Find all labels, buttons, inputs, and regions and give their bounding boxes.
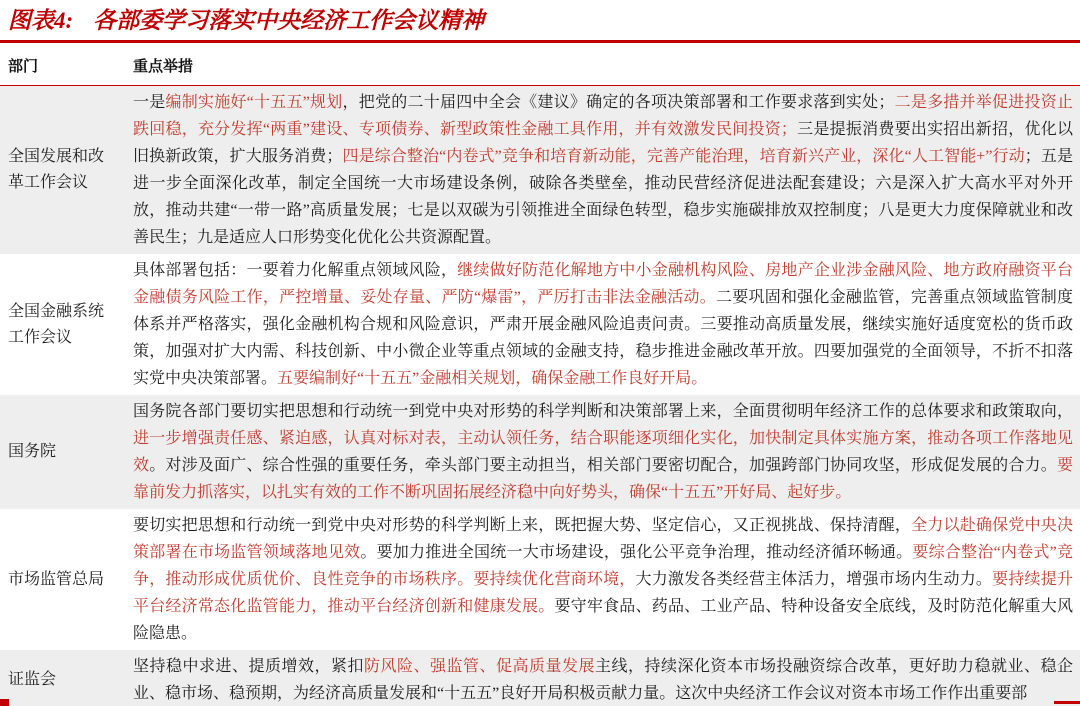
- text-segment: 一是: [133, 94, 165, 111]
- text-segment: 编制实施好“十五五”规划: [165, 94, 342, 111]
- table-row: 市场监管总局 要切实把思想和行动统一到党中央对形势的科学判断上来，既把握大势、坚…: [0, 509, 1080, 650]
- text-segment: 坚持稳中求进、提质增效，紧扣: [133, 658, 364, 675]
- department-label: 全国发展和改革工作会议: [8, 144, 106, 196]
- department-cell: 市场监管总局: [0, 509, 133, 650]
- table-row: 国务院 国务院各部门要切实把思想和行动统一到党中央对形势的科学判断和决策部署上来…: [0, 395, 1080, 509]
- column-header-department: 部门: [0, 55, 133, 76]
- bottom-right-crop-mark: [1054, 701, 1080, 704]
- text-segment: 大力激发各类经营主体活力，增强市场内生动力。: [636, 571, 993, 588]
- department-cell: 全国金融系统工作会议: [0, 254, 133, 395]
- department-cell: 国务院: [0, 395, 133, 509]
- department-label: 证监会: [8, 667, 56, 693]
- measures-cell: 一是编制实施好“十五五”规划，把党的二十届四中全会《建议》确定的各项决策部署和工…: [133, 86, 1080, 254]
- department-cell: 全国发展和改革工作会议: [0, 86, 133, 254]
- department-cell: 证监会: [0, 650, 133, 706]
- table-header-row: 部门 重点举措: [0, 43, 1080, 85]
- table-row: 全国金融系统工作会议 具体部署包括：一要着力化解重点领域风险，继续做好防范化解地…: [0, 254, 1080, 395]
- column-header-measures: 重点举措: [133, 55, 1080, 76]
- measures-cell: 国务院各部门要切实把思想和行动统一到党中央对形势的科学判断和决策部署上来，全面贯…: [133, 395, 1080, 509]
- bottom-left-crop-mark: [0, 699, 9, 706]
- text-segment: ，把党的二十届四中全会《建议》确定的各项决策部署和工作要求落到实处；: [343, 94, 895, 111]
- figure-title-text: 各部委学习落实中央经济工作会议精神: [93, 8, 484, 33]
- table-row: 全国发展和改革工作会议 一是编制实施好“十五五”规划，把党的二十届四中全会《建议…: [0, 86, 1080, 254]
- table-row: 证监会 坚持稳中求进、提质增效，紧扣防风险、强监管、促高质量发展主线，持续深化资…: [0, 650, 1080, 706]
- department-label: 市场监管总局: [8, 567, 104, 593]
- text-segment: 。对涉及面广、综合性强的重要任务，牵头部门要主动担当，相关部门要密切配合，加强跨…: [149, 457, 1057, 474]
- text-segment: 防风险、强监管、促高质量发展: [364, 658, 595, 675]
- report-table-figure: 图表4:各部委学习落实中央经济工作会议精神 部门 重点举措 全国发展和改革工作会…: [0, 0, 1080, 706]
- figure-title: 图表4:各部委学习落实中央经济工作会议精神: [0, 0, 1080, 40]
- text-segment: 五要编制好“十五五”金融相关规划，确保金融工作良好开局。: [277, 370, 707, 387]
- text-segment: 四是综合整治“内卷式”竞争和培育新动能，完善产能治理，培育新兴产业，深化“人工智…: [342, 148, 1024, 165]
- measures-cell: 具体部署包括：一要着力化解重点领域风险，继续做好防范化解地方中小金融机构风险、房…: [133, 254, 1080, 395]
- text-segment: 。要加力推进全国统一大市场建设，强化公平竞争治理，推动经济循环畅通。: [360, 544, 912, 561]
- text-segment: 国务院各部门要切实把思想和行动统一到党中央对形势的科学判断和决策部署上来，全面贯…: [133, 403, 1073, 420]
- figure-number-label: 图表4:: [8, 8, 73, 33]
- measures-cell: 坚持稳中求进、提质增效，紧扣防风险、强监管、促高质量发展主线，持续深化资本市场投…: [133, 650, 1080, 706]
- text-segment: 要切实把思想和行动统一到党中央对形势的科学判断上来，既把握大势、坚定信心，又正视…: [133, 517, 911, 534]
- text-segment: 具体部署包括：一要着力化解重点领域风险，: [133, 262, 457, 279]
- department-label: 国务院: [8, 439, 56, 465]
- department-label: 全国金融系统工作会议: [8, 299, 106, 351]
- measures-cell: 要切实把思想和行动统一到党中央对形势的科学判断上来，既把握大势、坚定信心，又正视…: [133, 509, 1080, 650]
